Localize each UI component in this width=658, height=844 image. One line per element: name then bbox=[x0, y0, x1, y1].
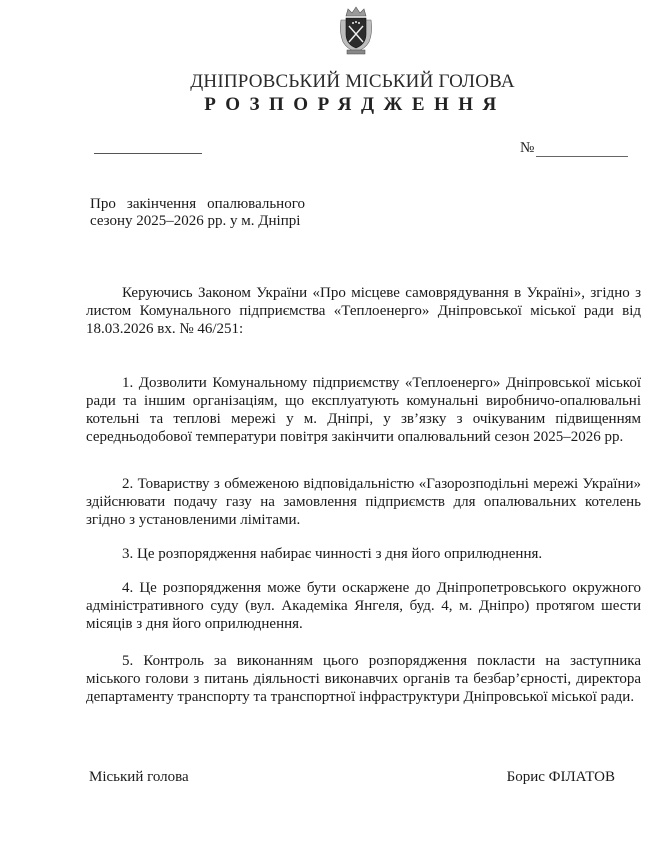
number-blank-line bbox=[536, 143, 628, 157]
subject-word: Про bbox=[90, 196, 116, 213]
authority-title: ДНІПРОВСЬКИЙ МІСЬКИЙ ГОЛОВА bbox=[0, 71, 658, 93]
subject-word: закінчення bbox=[127, 196, 196, 213]
registration-number: № bbox=[520, 140, 628, 157]
subject-line-1: Про закінчення опалювального bbox=[90, 196, 305, 213]
authority-title-text: ДНІПРОВСЬКИЙ МІСЬКИЙ ГОЛОВА bbox=[190, 71, 515, 93]
date-blank-line bbox=[94, 153, 202, 154]
order-item-3: 3. Це розпорядження набирає чинності з д… bbox=[86, 545, 641, 563]
subject-word: опалювального bbox=[207, 196, 305, 213]
document-type-title: РОЗПОРЯДЖЕННЯ bbox=[0, 94, 658, 116]
document-page: ДНІПРОВСЬКИЙ МІСЬКИЙ ГОЛОВА РОЗПОРЯДЖЕНН… bbox=[0, 0, 658, 844]
order-item-2: 2. Товариству з обмеженою відповідальніс… bbox=[86, 475, 641, 529]
document-type-text: РОЗПОРЯДЖЕННЯ bbox=[204, 94, 506, 116]
signatory-name: Борис ФІЛАТОВ bbox=[507, 769, 615, 786]
signatory-title: Міський голова bbox=[89, 769, 189, 786]
order-item-5: 5. Контроль за виконанням цього розпоряд… bbox=[86, 652, 641, 706]
order-item-1: 1. Дозволити Комунальному підприємству «… bbox=[86, 374, 641, 446]
coat-of-arms-icon bbox=[338, 6, 374, 56]
document-subject: Про закінчення опалювального сезону 2025… bbox=[90, 196, 305, 230]
number-sign: № bbox=[520, 140, 534, 157]
preamble-paragraph: Керуючись Законом України «Про місцеве с… bbox=[86, 284, 641, 338]
subject-line-2: сезону 2025–2026 рр. у м. Дніпрі bbox=[90, 213, 305, 230]
order-item-4: 4. Це розпорядження може бути оскаржене … bbox=[86, 579, 641, 633]
